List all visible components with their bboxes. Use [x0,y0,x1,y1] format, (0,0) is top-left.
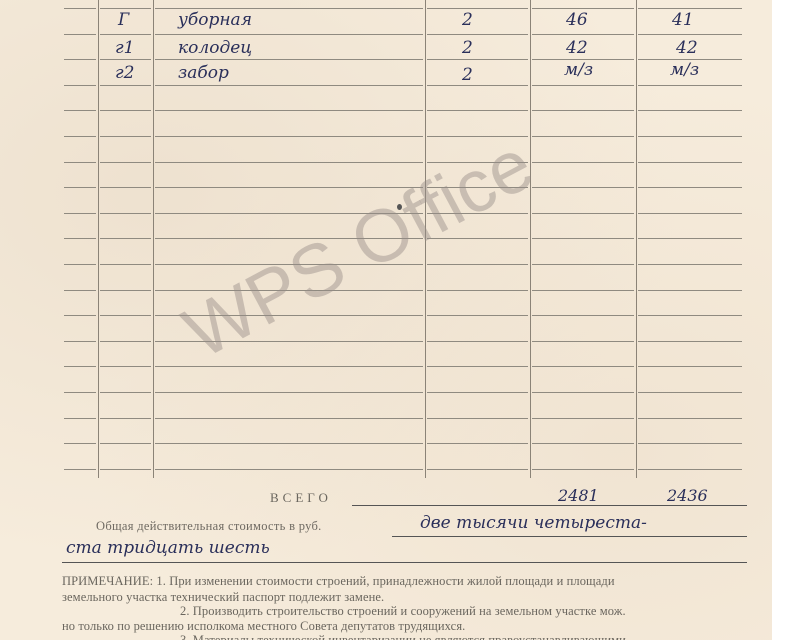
row-rule [155,418,423,419]
row-rule [64,418,96,419]
row-rule [532,162,634,163]
row-rule [427,110,528,111]
row-rule [64,187,96,188]
row-rule [155,85,423,86]
row-rule [155,162,423,163]
row-rule [427,213,528,214]
row-rule [64,341,96,342]
row-letter: г1 [115,38,134,58]
note-line: но только по решению исполкома местного … [62,619,465,634]
row-rule [427,34,528,35]
row-rule [64,315,96,316]
row-rule [155,34,423,35]
row-rule [100,392,151,393]
row-rule [64,8,96,9]
row-rule [100,59,151,60]
row-rule [638,418,742,419]
row-rule [64,238,96,239]
row-rule [155,315,423,316]
row-rule [532,315,634,316]
row-rule [155,469,423,470]
row-rule [638,238,742,239]
row-rule [532,136,634,137]
row-rule [427,366,528,367]
row-rule [155,341,423,342]
row-rule [155,136,423,137]
row-value-2: м/з [670,60,699,80]
column-divider [530,0,531,478]
row-rule [532,366,634,367]
row-rule [64,290,96,291]
row-rule [638,315,742,316]
row-rule [427,136,528,137]
row-rule [532,85,634,86]
row-rule [427,162,528,163]
row-rule [64,136,96,137]
column-divider [425,0,426,478]
row-rule [532,187,634,188]
row-rule [155,110,423,111]
cost-label: Общая действительная стоимость в руб. [96,519,322,534]
row-rule [64,85,96,86]
column-divider [153,0,154,478]
note-line: 3. Материалы технической инвентаризации … [180,633,626,640]
total-underline [352,505,747,506]
row-rule [155,290,423,291]
row-rule [100,85,151,86]
row-rule [64,264,96,265]
row-rule [427,418,528,419]
total-value-1: 2481 [558,486,599,505]
row-rule [100,187,151,188]
row-rule [64,443,96,444]
row-letter: Г [118,10,129,30]
note-line: 2. Производить строительство строений и … [180,604,626,619]
column-divider [636,0,637,478]
row-rule [100,315,151,316]
row-rule [427,238,528,239]
row-rule [427,290,528,291]
row-rule [64,366,96,367]
row-rule [532,418,634,419]
row-rule [532,443,634,444]
row-rule [427,264,528,265]
row-rule [64,162,96,163]
row-rule [427,315,528,316]
row-value-2: 41 [672,10,694,30]
row-rule [532,213,634,214]
cost-underline [62,562,747,563]
row-rule [638,162,742,163]
note-line: земельного участка технический паспорт п… [62,590,384,605]
note-line: ПРИМЕЧАНИЕ: 1. При изменении стоимости с… [62,574,615,589]
row-rule [100,34,151,35]
row-rule [100,8,151,9]
row-count: 2 [462,10,473,30]
row-rule [638,290,742,291]
row-rule [64,59,96,60]
row-rule [100,443,151,444]
row-rule [100,290,151,291]
row-rule [532,264,634,265]
row-rule [155,8,423,9]
row-rule [638,264,742,265]
row-rule [155,59,423,60]
watermark: WPS Office [170,121,546,375]
row-rule [64,34,96,35]
row-rule [155,392,423,393]
row-rule [100,341,151,342]
row-rule [427,85,528,86]
row-rule [427,187,528,188]
row-rule [64,213,96,214]
row-value-1: 46 [566,10,588,30]
row-rule [100,418,151,419]
row-rule [638,34,742,35]
row-rule [638,136,742,137]
row-rule [638,85,742,86]
row-rule [100,469,151,470]
row-rule [100,366,151,367]
row-rule [532,34,634,35]
row-rule [100,162,151,163]
row-rule [427,443,528,444]
row-rule [427,392,528,393]
cost-handwritten-line-1: две тысячи четыреста- [420,513,647,533]
row-rule [100,110,151,111]
cost-handwritten-line-2: ста тридцать шесть [66,538,270,558]
row-rule [638,443,742,444]
ink-spot [397,204,402,210]
row-rule [638,392,742,393]
row-rule [427,8,528,9]
scanned-document-page: Г уборная 2 46 41 г1 колодец 2 42 42 г2 … [0,0,772,640]
row-rule [638,366,742,367]
row-rule [532,341,634,342]
row-rule [638,187,742,188]
row-rule [532,8,634,9]
row-value-1: 42 [566,38,588,58]
row-rule [100,264,151,265]
row-rule [638,110,742,111]
row-letter: г2 [115,63,134,83]
row-rule [64,392,96,393]
row-rule [532,238,634,239]
row-rule [100,136,151,137]
row-name: колодец [178,38,252,58]
row-name: уборная [178,10,252,30]
row-rule [64,110,96,111]
row-rule [155,443,423,444]
row-rule [155,366,423,367]
row-rule [427,59,528,60]
row-value-2: 42 [676,38,698,58]
total-label: ВСЕГО [270,490,332,506]
row-value-1: м/з [564,60,593,80]
row-rule [64,469,96,470]
row-rule [155,264,423,265]
row-rule [155,187,423,188]
row-count: 2 [462,65,473,85]
row-rule [532,290,634,291]
row-count: 2 [462,38,473,58]
row-rule [532,469,634,470]
row-rule [638,341,742,342]
row-rule [427,469,528,470]
total-value-2: 2436 [667,486,708,505]
row-rule [638,469,742,470]
row-rule [427,341,528,342]
row-rule [155,213,423,214]
row-name: забор [178,63,229,83]
row-rule [532,110,634,111]
column-divider [98,0,99,478]
cost-underline [392,536,747,537]
row-rule [638,8,742,9]
row-rule [100,238,151,239]
row-rule [155,238,423,239]
row-rule [100,213,151,214]
row-rule [532,392,634,393]
row-rule [638,213,742,214]
